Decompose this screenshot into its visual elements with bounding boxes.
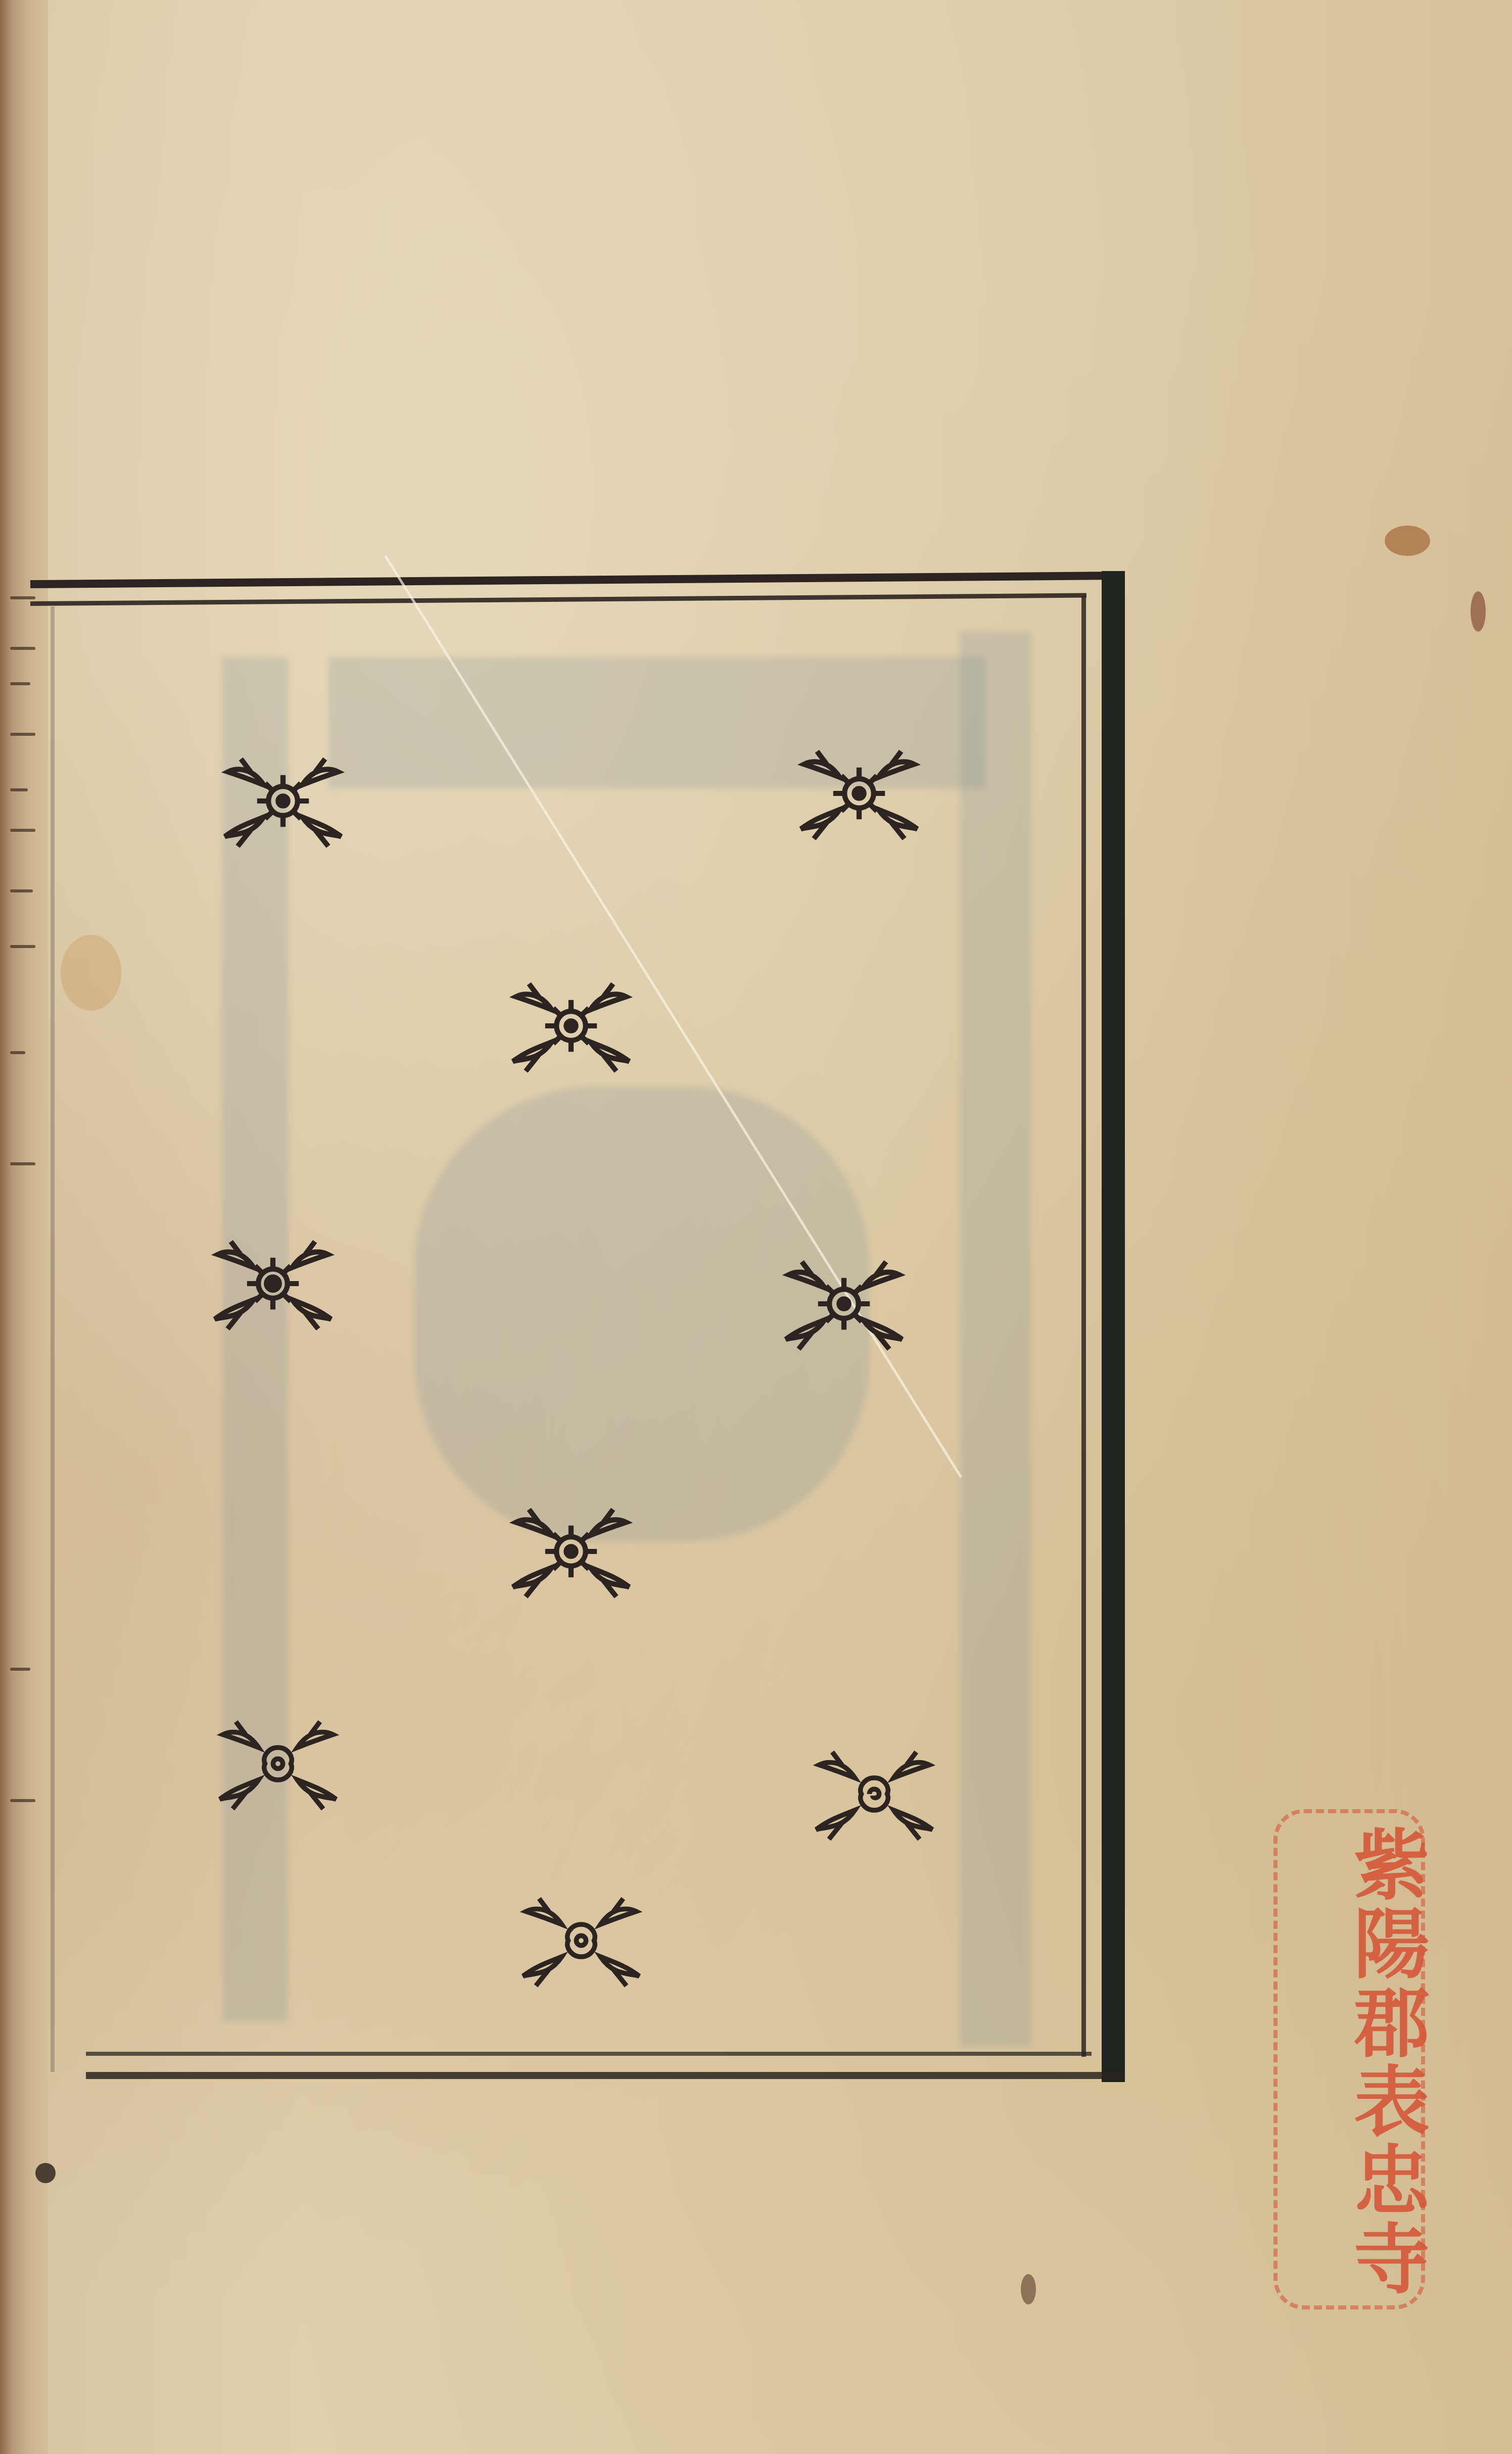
frame-top-outer xyxy=(30,572,1117,588)
spine-mark xyxy=(10,647,35,650)
spine-mark xyxy=(10,788,28,791)
spine-mark xyxy=(10,596,35,599)
frame-top-inner xyxy=(30,593,1086,606)
stain xyxy=(1385,526,1430,556)
spine-mark xyxy=(10,682,30,685)
binding-spine xyxy=(0,0,48,2454)
stain xyxy=(35,2163,56,2183)
floral-motif-icon xyxy=(500,1875,662,2006)
spine-mark xyxy=(10,1799,35,1802)
stain xyxy=(1471,591,1486,632)
spine-mark xyxy=(10,889,33,892)
spine-mark xyxy=(10,829,35,832)
red-seal-stamp: 紫陽郡表忠寺 xyxy=(1273,1809,1425,2309)
floral-motif-icon xyxy=(763,1238,925,1370)
stain xyxy=(1021,2274,1036,2304)
floral-motif-icon xyxy=(202,735,364,867)
spine-mark xyxy=(10,945,35,948)
seal-text: 紫陽郡表忠寺 xyxy=(1273,1819,1425,2304)
bleed-through-column xyxy=(960,632,1031,2047)
stain xyxy=(61,935,121,1011)
floral-motif-icon xyxy=(490,960,652,1092)
floral-motif-icon xyxy=(197,1698,359,1829)
spine-mark xyxy=(10,1668,30,1671)
spine-mark xyxy=(10,1051,25,1054)
frame-right-outer xyxy=(1102,571,1125,2082)
spine-mark xyxy=(10,1162,35,1165)
floral-motif-icon xyxy=(778,728,940,859)
frame-bottom-inner xyxy=(86,2052,1092,2056)
floral-motif-icon xyxy=(490,1486,652,1617)
floral-motif-icon xyxy=(192,1218,354,1349)
spine-mark xyxy=(10,733,35,736)
frame-left xyxy=(51,606,55,2072)
book-page: 紫陽郡表忠寺 xyxy=(0,0,1512,2454)
frame-bottom-outer xyxy=(86,2072,1124,2079)
frame-right-inner xyxy=(1081,596,1086,2057)
floral-motif-icon xyxy=(793,1728,955,1860)
